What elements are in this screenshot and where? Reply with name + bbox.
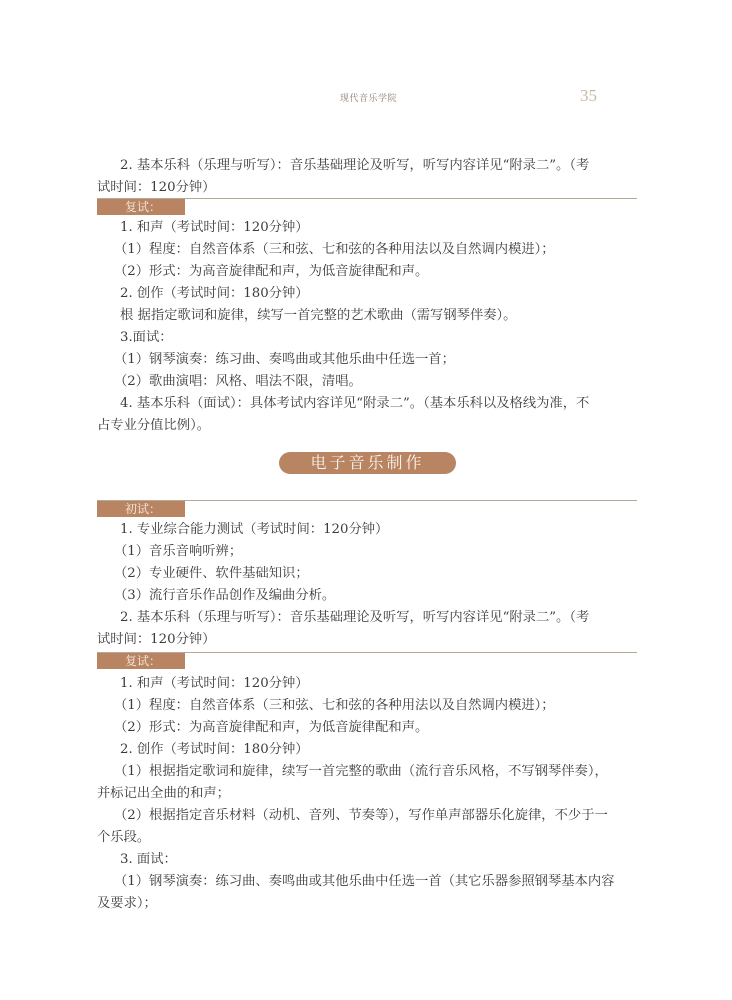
list-item: 4. 基本乐科（面试）：具体考试内容详见“附录二”。（基本乐科以及格线为准，不	[120, 394, 589, 414]
list-item: （1）钢琴演奏：练习曲、奏鸣曲或其他乐曲中任选一首（其它乐器参照钢琴基本内容	[114, 872, 614, 892]
list-item: 2. 创作（考试时间：180分钟）	[120, 284, 309, 304]
section-header-retest: 复试：	[97, 198, 637, 216]
section-header-initial: 初试：	[97, 500, 637, 518]
list-item: （2）根据指定音乐材料（动机、音列、节奏等），写作单声部器乐化旋律，不少于一	[114, 806, 608, 826]
paragraph-line: 2. 基本乐科（乐理与听写）：音乐基础理论及听写，听写内容详见“附录二”。（考	[120, 156, 589, 176]
list-item: 根 据指定歌词和旋律，续写一首完整的艺术歌曲（需写钢琴伴奏）。	[120, 306, 516, 326]
list-item: （1）程度：自然音体系（三和弦、七和弦的各种用法以及自然调内模进）；	[114, 240, 555, 260]
section-tag: 复试：	[97, 653, 185, 669]
list-item: 2. 创作（考试时间：180分钟）	[120, 740, 309, 760]
major-title-badge: 电子音乐制作	[279, 452, 456, 474]
list-item: （1）程度：自然音体系（三和弦、七和弦的各种用法以及自然调内模进）；	[114, 696, 555, 716]
running-header-title: 现代音乐学院	[340, 91, 397, 104]
list-item: 1. 和声（考试时间：120分钟）	[120, 218, 309, 238]
list-item: 1. 专业综合能力测试（考试时间：120分钟）	[120, 520, 388, 540]
list-item: 及要求）；	[97, 894, 157, 914]
section-tag: 复试：	[97, 199, 185, 215]
list-item: 2. 基本乐科（乐理与听写）：音乐基础理论及听写，听写内容详见“附录二”。（考	[120, 608, 589, 628]
list-item: 试时间：120分钟）	[97, 630, 215, 650]
list-item: 个乐段。	[97, 828, 150, 848]
list-item: （1）根据指定歌词和旋律，续写一首完整的歌曲（流行音乐风格，不写钢琴伴奏），	[114, 762, 608, 782]
section-header-retest: 复试：	[97, 652, 637, 670]
list-item: 1. 和声（考试时间：120分钟）	[120, 674, 309, 694]
list-item: （2）形式：为高音旋律配和声，为低音旋律配和声。	[114, 718, 428, 738]
list-item: （3）流行音乐作品创作及编曲分析。	[114, 586, 335, 606]
list-item: （2）形式：为高音旋律配和声，为低音旋律配和声。	[114, 262, 428, 282]
paragraph-line: 试时间：120分钟）	[97, 178, 215, 198]
list-item: （1）钢琴演奏：练习曲、奏鸣曲或其他乐曲中任选一首；	[114, 350, 455, 370]
section-tag: 初试：	[97, 501, 185, 517]
list-item: （1）音乐音响听辨；	[114, 542, 242, 562]
list-item: 3.面试：	[120, 328, 173, 348]
list-item: 占专业分值比例）。	[97, 416, 210, 436]
list-item: 并标记出全曲的和声；	[97, 784, 230, 804]
list-item: 3. 面试：	[120, 850, 177, 870]
list-item: （2）专业硬件、软件基础知识；	[114, 564, 309, 584]
list-item: （2）歌曲演唱：风格、唱法不限，清唱。	[114, 372, 362, 392]
page-number: 35	[580, 86, 597, 106]
